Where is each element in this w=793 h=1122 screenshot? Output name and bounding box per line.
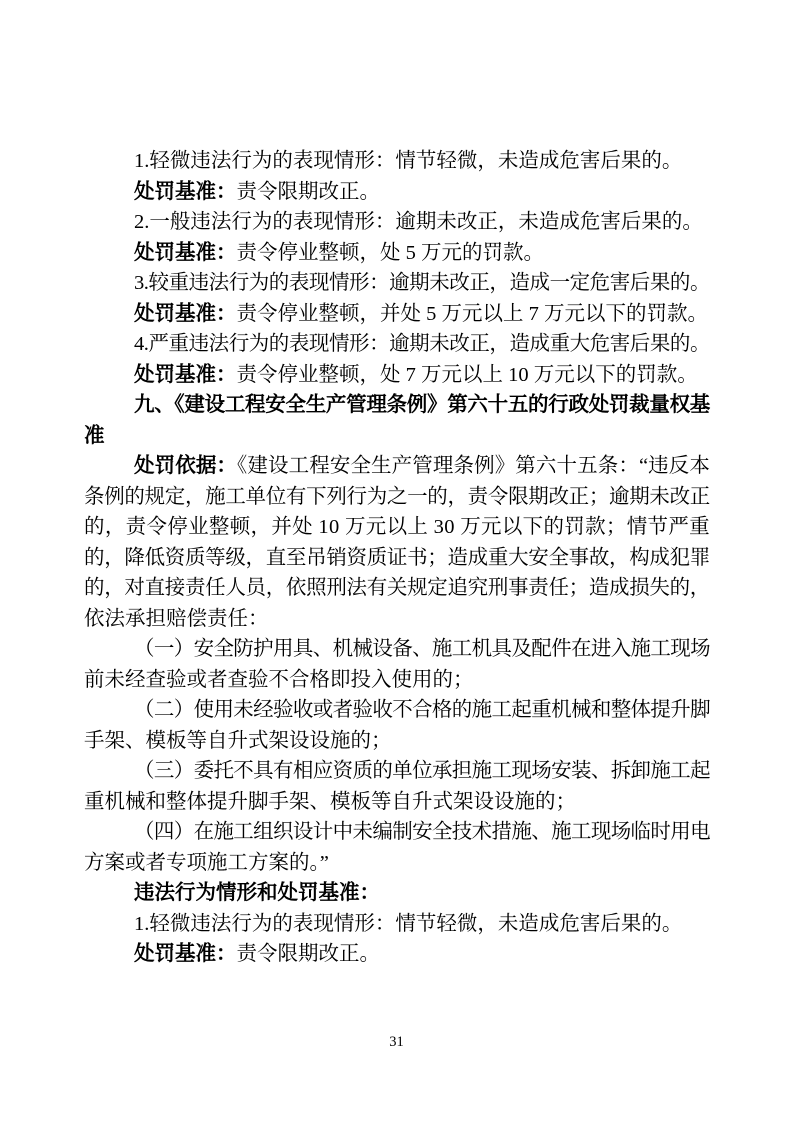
item-3-line-2: 重机械和整体提升脚手架、模板等自升式架设设施的； [84,787,710,818]
section-9-heading-line-2: 准 [84,421,710,452]
violation-2-situation-text: 2.一般违法行为的表现情形：逾期未改正，未造成危害后果的。 [134,211,703,233]
violation-3-penalty-text: 处罚基准：责令停业整顿，并处 5 万元以上 7 万元以下的罚款。 [134,303,708,325]
penalty-basis-line-3-text: 的，责令停业整顿，并处 10 万元以上 30 万元以下的罚款；情节严重 [84,516,710,538]
text-run: 的，对直接责任人员，依照刑法有关规定追究刑事责任；造成损失的， [84,577,710,599]
situations-and-penalty-heading: 违法行为情形和处罚基准： [84,878,710,909]
item-1-line-2: 前未经查验或者查验不合格即投入使用的； [84,665,710,696]
penalty-basis-line-6: 依法承担赔偿责任： [84,604,710,635]
sec9-violation-1-penalty: 处罚基准：责令限期改正。 [84,939,710,970]
bold-label: 处罚基准： [134,241,237,264]
penalty-basis-line-5-text: 的，对直接责任人员，依照刑法有关规定追究刑事责任；造成损失的， [84,577,710,599]
bold-label: 处罚基准： [134,942,237,965]
penalty-basis-line-1-text: 处罚依据：《建设工程安全生产管理条例》第六十五条：“违反本 [134,455,710,477]
violation-4-situation: 4.严重违法行为的表现情形：逾期未改正，造成重大危害后果的。 [84,329,710,360]
bold-label: 九、《建设工程安全生产管理条例》第六十五的行政处罚裁量权基 [134,393,710,416]
violation-3-situation: 3.较重违法行为的表现情形：逾期未改正，造成一定危害后果的。 [84,268,710,299]
violation-3-penalty: 处罚基准：责令停业整顿，并处 5 万元以上 7 万元以下的罚款。 [84,299,710,330]
bold-label: 准 [84,424,105,447]
text-run: 条例的规定，施工单位有下列行为之一的，责令限期改正；逾期未改正 [84,486,710,508]
violation-1-situation-text: 1.轻微违法行为的表现情形：情节轻微，未造成危害后果的。 [134,150,682,172]
bold-label: 处罚基准： [134,363,237,386]
violation-2-penalty: 处罚基准：责令停业整顿，处 5 万元的罚款。 [84,238,710,269]
text-run: 4.严重违法行为的表现情形：逾期未改正，造成重大危害后果的。 [134,333,710,355]
item-2-line-1-text: （二）使用未经验收或者验收不合格的施工起重机械和整体提升脚 [134,699,710,721]
item-1-line-1-text: （一）安全防护用具、机械设备、施工机具及配件在进入施工现场 [134,638,710,660]
bold-label: 处罚依据： [134,454,237,477]
violation-2-penalty-text: 处罚基准：责令停业整顿，处 5 万元的罚款。 [134,242,544,264]
text-run: 1.轻微违法行为的表现情形：情节轻微，未造成危害后果的。 [134,150,682,172]
text-run: 责令停业整顿，处 5 万元的罚款。 [237,242,545,264]
document-body: 1.轻微违法行为的表现情形：情节轻微，未造成危害后果的。处罚基准：责令限期改正。… [84,146,710,970]
item-1-line-2-text: 前未经查验或者查验不合格即投入使用的； [84,669,474,691]
penalty-basis-line-4: 的，降低资质等级，直至吊销资质证书；造成重大安全事故，构成犯罪 [84,543,710,574]
text-run: 《建设工程安全生产管理条例》第六十五条：“违反本 [237,455,710,477]
violation-4-penalty-text: 处罚基准：责令停业整顿，处 7 万元以上 10 万元以下的罚款。 [134,364,698,386]
item-3-line-2-text: 重机械和整体提升脚手架、模板等自升式架设设施的； [84,791,576,813]
penalty-basis-line-6-text: 依法承担赔偿责任： [84,608,269,630]
section-9-heading-line-1: 九、《建设工程安全生产管理条例》第六十五的行政处罚裁量权基 [84,390,710,421]
penalty-basis-line-2-text: 条例的规定，施工单位有下列行为之一的，责令限期改正；逾期未改正 [84,486,710,508]
text-run: （二）使用未经验收或者验收不合格的施工起重机械和整体提升脚 [134,699,710,721]
item-2-line-2: 手架、模板等自升式架设设施的； [84,726,710,757]
situations-and-penalty-heading-text: 违法行为情形和处罚基准： [134,882,380,904]
section-9-heading-line-2-text: 准 [84,424,105,447]
text-run: 方案或者专项施工方案的。” [84,852,329,874]
violation-4-penalty: 处罚基准：责令停业整顿，处 7 万元以上 10 万元以下的罚款。 [84,360,710,391]
violation-1-penalty: 处罚基准：责令限期改正。 [84,177,710,208]
penalty-basis-line-4-text: 的，降低资质等级，直至吊销资质证书；造成重大安全事故，构成犯罪 [84,547,710,569]
text-run: 责令限期改正。 [237,181,381,203]
violation-3-situation-text: 3.较重违法行为的表现情形：逾期未改正，造成一定危害后果的。 [134,272,710,294]
text-run: 的，降低资质等级，直至吊销资质证书；造成重大安全事故，构成犯罪 [84,547,710,569]
item-2-line-2-text: 手架、模板等自升式架设设施的； [84,730,392,752]
item-4-line-1-text: （四）在施工组织设计中未编制安全技术措施、施工现场临时用电 [134,821,710,843]
bold-label: 违法行为情形和处罚基准： [134,881,380,904]
text-run: 责令停业整顿，处 7 万元以上 10 万元以下的罚款。 [237,364,698,386]
bold-label: 处罚基准： [134,302,237,325]
violation-4-situation-text: 4.严重违法行为的表现情形：逾期未改正，造成重大危害后果的。 [134,333,710,355]
item-4-line-1: （四）在施工组织设计中未编制安全技术措施、施工现场临时用电 [84,817,710,848]
page-number: 31 [389,1034,404,1050]
text-run: 责令停业整顿，并处 5 万元以上 7 万元以下的罚款。 [237,303,709,325]
penalty-basis-line-3: 的，责令停业整顿，并处 10 万元以上 30 万元以下的罚款；情节严重 [84,512,710,543]
item-4-line-2: 方案或者专项施工方案的。” [84,848,710,879]
text-run: 2.一般违法行为的表现情形：逾期未改正，未造成危害后果的。 [134,211,703,233]
sec9-violation-1-situation-text: 1.轻微违法行为的表现情形：情节轻微，未造成危害后果的。 [134,913,682,935]
penalty-basis-line-5: 的，对直接责任人员，依照刑法有关规定追究刑事责任；造成损失的， [84,573,710,604]
text-run: （一）安全防护用具、机械设备、施工机具及配件在进入施工现场 [134,638,710,660]
item-3-line-1-text: （三）委托不具有相应资质的单位承担施工现场安装、拆卸施工起 [134,760,710,782]
penalty-basis-line-1: 处罚依据：《建设工程安全生产管理条例》第六十五条：“违反本 [84,451,710,482]
text-run: （三）委托不具有相应资质的单位承担施工现场安装、拆卸施工起 [134,760,710,782]
text-run: （四）在施工组织设计中未编制安全技术措施、施工现场临时用电 [134,821,710,843]
page-footer: 31 [0,1034,793,1051]
text-run: 责令限期改正。 [237,943,381,965]
violation-1-penalty-text: 处罚基准：责令限期改正。 [134,181,380,203]
text-run: 前未经查验或者查验不合格即投入使用的； [84,669,474,691]
document-page: 1.轻微违法行为的表现情形：情节轻微，未造成危害后果的。处罚基准：责令限期改正。… [0,0,793,1122]
section-9-heading-line-1-text: 九、《建设工程安全生产管理条例》第六十五的行政处罚裁量权基 [134,393,710,416]
item-2-line-1: （二）使用未经验收或者验收不合格的施工起重机械和整体提升脚 [84,695,710,726]
item-1-line-1: （一）安全防护用具、机械设备、施工机具及配件在进入施工现场 [84,634,710,665]
violation-1-situation: 1.轻微违法行为的表现情形：情节轻微，未造成危害后果的。 [84,146,710,177]
text-run: 依法承担赔偿责任： [84,608,269,630]
violation-2-situation: 2.一般违法行为的表现情形：逾期未改正，未造成危害后果的。 [84,207,710,238]
bold-label: 处罚基准： [134,180,237,203]
item-3-line-1: （三）委托不具有相应资质的单位承担施工现场安装、拆卸施工起 [84,756,710,787]
sec9-violation-1-penalty-text: 处罚基准：责令限期改正。 [134,943,380,965]
sec9-violation-1-situation: 1.轻微违法行为的表现情形：情节轻微，未造成危害后果的。 [84,909,710,940]
text-run: 手架、模板等自升式架设设施的； [84,730,392,752]
text-run: 的，责令停业整顿，并处 10 万元以上 30 万元以下的罚款；情节严重 [84,516,710,538]
text-run: 重机械和整体提升脚手架、模板等自升式架设设施的； [84,791,576,813]
item-4-line-2-text: 方案或者专项施工方案的。” [84,852,329,874]
penalty-basis-line-2: 条例的规定，施工单位有下列行为之一的，责令限期改正；逾期未改正 [84,482,710,513]
text-run: 3.较重违法行为的表现情形：逾期未改正，造成一定危害后果的。 [134,272,710,294]
text-run: 1.轻微违法行为的表现情形：情节轻微，未造成危害后果的。 [134,913,682,935]
